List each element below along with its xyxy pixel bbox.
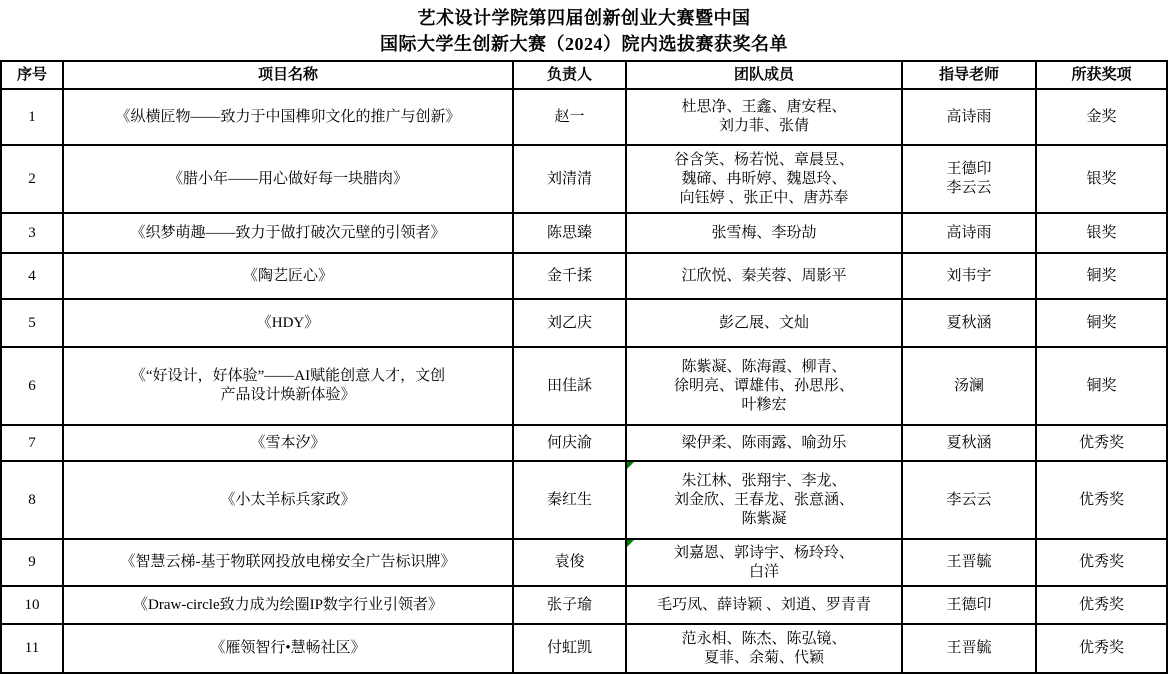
column-header-serial: 序号 [1,61,63,89]
cell-advisor: 王晋毓 [902,539,1036,586]
table-row: 2《腊小年——用心做好每一块腊肉》刘清清谷含笑、杨若悦、章晨昱、 魏碲、冉昕婷、… [1,145,1167,213]
cell-advisor: 王德印 李云云 [902,145,1036,213]
cell-serial-number: 9 [1,539,63,586]
table-row: 1《纵横匠物——致力于中国榫卯文化的推广与创新》赵一杜思净、王鑫、唐安程、 刘力… [1,89,1167,145]
document-title: 艺术设计学院第四届创新创业大赛暨中国 国际大学生创新大赛（2024）院内选拔赛获… [0,0,1168,57]
cell-leader: 张子瑜 [513,586,626,624]
cell-project-name: 《纵横匠物——致力于中国榫卯文化的推广与创新》 [63,89,513,145]
cell-leader: 陈思臻 [513,213,626,253]
cell-advisor: 王晋毓 [902,624,1036,673]
cell-leader: 刘乙庆 [513,299,626,347]
column-header-team: 团队成员 [626,61,902,89]
cell-advisor: 高诗雨 [902,213,1036,253]
cell-serial-number: 4 [1,253,63,299]
cell-project-name: 《Draw-circle致力成为绘圈IP数字行业引领者》 [63,586,513,624]
cell-project-name: 《织梦萌趣——致力于做打破次元壁的引领者》 [63,213,513,253]
cell-serial-number: 6 [1,347,63,425]
cell-advisor: 汤澜 [902,347,1036,425]
cell-award: 优秀奖 [1036,624,1167,673]
cell-leader: 刘清清 [513,145,626,213]
column-header-project: 项目名称 [63,61,513,89]
table-row: 7《雪本汐》何庆渝梁伊柔、陈雨露、喻劲乐夏秋涵优秀奖 [1,425,1167,461]
comment-marker-icon [627,462,634,469]
cell-leader: 秦红生 [513,461,626,539]
cell-advisor: 刘韦宇 [902,253,1036,299]
cell-project-name: 《腊小年——用心做好每一块腊肉》 [63,145,513,213]
cell-leader: 何庆渝 [513,425,626,461]
title-line-2: 国际大学生创新大赛（2024）院内选拔赛获奖名单 [0,31,1168,57]
awards-table: 序号项目名称负责人团队成员指导老师所获奖项 1《纵横匠物——致力于中国榫卯文化的… [0,60,1168,674]
cell-leader: 袁俊 [513,539,626,586]
document-page: 艺术设计学院第四届创新创业大赛暨中国 国际大学生创新大赛（2024）院内选拔赛获… [0,0,1168,674]
table-row: 9《智慧云梯-基于物联网投放电梯安全广告标识牌》袁俊刘嘉恩、郭诗宇、杨玲玲、 白… [1,539,1167,586]
cell-serial-number: 1 [1,89,63,145]
cell-serial-number: 2 [1,145,63,213]
cell-team-members: 梁伊柔、陈雨露、喻劲乐 [626,425,902,461]
cell-serial-number: 5 [1,299,63,347]
cell-serial-number: 11 [1,624,63,673]
cell-leader: 赵一 [513,89,626,145]
cell-serial-number: 3 [1,213,63,253]
table-row: 11《雁领智行•慧畅社区》付虹凯范永相、陈杰、陈弘镜、 夏菲、余菊、代颖王晋毓优… [1,624,1167,673]
cell-award: 优秀奖 [1036,586,1167,624]
cell-team-members: 杜思净、王鑫、唐安程、 刘力菲、张倩 [626,89,902,145]
cell-award: 铜奖 [1036,253,1167,299]
cell-award: 优秀奖 [1036,425,1167,461]
column-header-award: 所获奖项 [1036,61,1167,89]
table-row: 5《HDY》刘乙庆彭乙展、文灿夏秋涵铜奖 [1,299,1167,347]
cell-award: 铜奖 [1036,299,1167,347]
cell-team-members: 刘嘉恩、郭诗宇、杨玲玲、 白洋 [626,539,902,586]
cell-award: 银奖 [1036,145,1167,213]
cell-advisor: 高诗雨 [902,89,1036,145]
cell-project-name: 《HDY》 [63,299,513,347]
cell-team-members: 朱江林、张翔宇、李龙、 刘金欣、王春龙、张意涵、 陈紫凝 [626,461,902,539]
cell-advisor: 夏秋涵 [902,425,1036,461]
cell-award: 优秀奖 [1036,461,1167,539]
column-header-advisor: 指导老师 [902,61,1036,89]
cell-team-members: 陈紫凝、陈海霞、柳青、 徐明亮、谭雄伟、孙思彤、 叶糁宏 [626,347,902,425]
cell-advisor: 王德印 [902,586,1036,624]
cell-advisor: 李云云 [902,461,1036,539]
cell-project-name: 《“好设计，好体验”——AI赋能创意人才，文创 产品设计焕新体验》 [63,347,513,425]
cell-team-members: 彭乙展、文灿 [626,299,902,347]
cell-award: 优秀奖 [1036,539,1167,586]
column-header-leader: 负责人 [513,61,626,89]
cell-award: 铜奖 [1036,347,1167,425]
table-row: 3《织梦萌趣——致力于做打破次元壁的引领者》陈思臻张雪梅、李玢劼高诗雨银奖 [1,213,1167,253]
cell-project-name: 《雁领智行•慧畅社区》 [63,624,513,673]
cell-team-members: 江欣悦、秦芙蓉、周影平 [626,253,902,299]
cell-team-members: 范永相、陈杰、陈弘镜、 夏菲、余菊、代颖 [626,624,902,673]
cell-award: 银奖 [1036,213,1167,253]
comment-marker-icon [627,540,634,547]
cell-serial-number: 8 [1,461,63,539]
cell-advisor: 夏秋涵 [902,299,1036,347]
cell-leader: 付虹凯 [513,624,626,673]
cell-project-name: 《雪本汐》 [63,425,513,461]
table-row: 4《陶艺匠心》金千揉江欣悦、秦芙蓉、周影平刘韦宇铜奖 [1,253,1167,299]
table-row: 8《小太羊标兵家政》秦红生朱江林、张翔宇、李龙、 刘金欣、王春龙、张意涵、 陈紫… [1,461,1167,539]
cell-team-members: 张雪梅、李玢劼 [626,213,902,253]
cell-project-name: 《陶艺匠心》 [63,253,513,299]
cell-serial-number: 7 [1,425,63,461]
cell-award: 金奖 [1036,89,1167,145]
cell-team-members: 谷含笑、杨若悦、章晨昱、 魏碲、冉昕婷、魏恩玲、 向钰婷 、张正中、唐苏奉 [626,145,902,213]
cell-leader: 田佳訸 [513,347,626,425]
cell-team-members: 毛巧凤、薛诗颖 、刘逍、罗青青 [626,586,902,624]
cell-serial-number: 10 [1,586,63,624]
table-row: 6《“好设计，好体验”——AI赋能创意人才，文创 产品设计焕新体验》田佳訸陈紫凝… [1,347,1167,425]
title-line-1: 艺术设计学院第四届创新创业大赛暨中国 [0,5,1168,31]
cell-leader: 金千揉 [513,253,626,299]
cell-project-name: 《小太羊标兵家政》 [63,461,513,539]
cell-project-name: 《智慧云梯-基于物联网投放电梯安全广告标识牌》 [63,539,513,586]
table-header-row: 序号项目名称负责人团队成员指导老师所获奖项 [1,61,1167,89]
table-row: 10《Draw-circle致力成为绘圈IP数字行业引领者》张子瑜毛巧凤、薛诗颖… [1,586,1167,624]
